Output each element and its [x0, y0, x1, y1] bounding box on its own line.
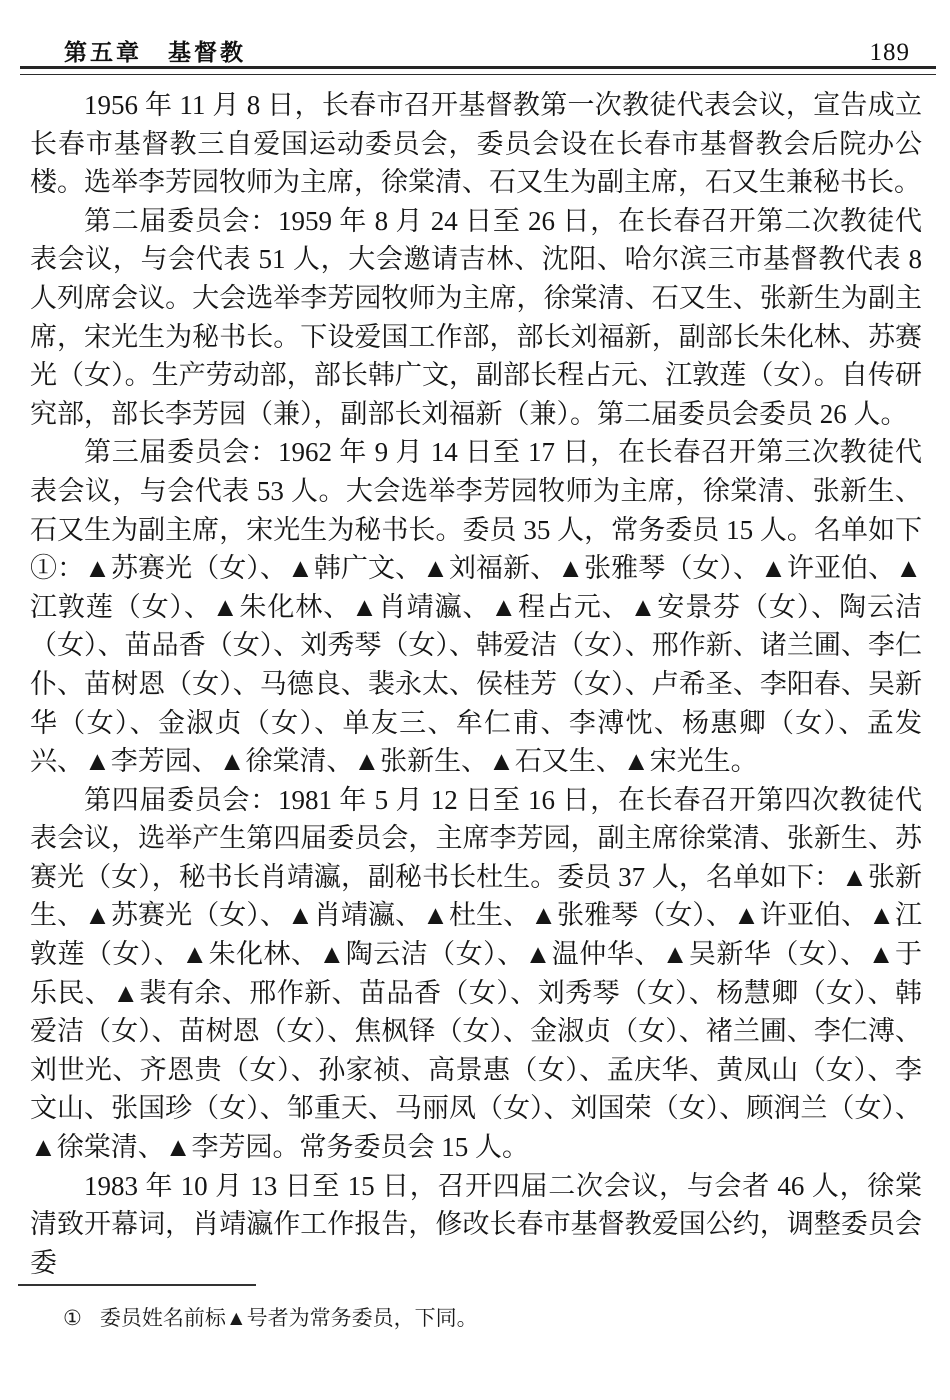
chapter-title: 第五章 基督教 [64, 34, 246, 67]
paragraph-third-committee: 第三届委员会：1962 年 9 月 14 日至 17 日，在长春召开第三次教徒代… [30, 433, 922, 780]
paragraph-first-congress: 1956 年 11 月 8 日，长春市召开基督教第一次教徒代表会议，宣告成立长春… [30, 86, 922, 202]
paragraph-1983-session: 1983 年 10 月 13 日至 15 日，召开四届二次会议，与会者 46 人… [30, 1167, 922, 1283]
footnote: ①委员姓名前标▲号者为常务委员，下同。 [63, 1303, 910, 1333]
header-rule-divider [20, 66, 936, 75]
footnote-marker: ① [63, 1306, 82, 1330]
page-number: 189 [870, 39, 911, 67]
page-header: 第五章 基督教 189 [64, 34, 910, 67]
footnote-divider [18, 1284, 256, 1286]
footnote-text: 委员姓名前标▲号者为常务委员，下同。 [100, 1306, 478, 1330]
paragraph-second-committee: 第二届委员会：1959 年 8 月 24 日至 26 日，在长春召开第二次教徒代… [30, 202, 922, 434]
book-page: 第五章 基督教 189 1956 年 11 月 8 日，长春市召开基督教第一次教… [0, 0, 950, 1400]
body-text: 1956 年 11 月 8 日，长春市召开基督教第一次教徒代表会议，宣告成立长春… [30, 86, 922, 1282]
paragraph-fourth-committee: 第四届委员会：1981 年 5 月 12 日至 16 日，在长春召开第四次教徒代… [30, 781, 922, 1167]
